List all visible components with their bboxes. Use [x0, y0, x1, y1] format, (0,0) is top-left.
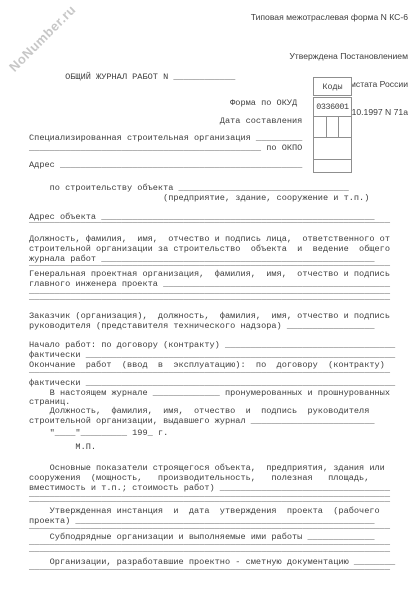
- date-subcell: [314, 117, 327, 137]
- approval-line: Утверждена Постановлением: [289, 52, 408, 61]
- date-blank-line: "____"_________ 199_ г.: [29, 429, 168, 439]
- date-subcell: [339, 117, 351, 137]
- separator-line: ________________________________________…: [29, 216, 390, 226]
- separator-line: ________________________________________…: [29, 522, 390, 532]
- separator-line: ________________________________________…: [29, 495, 390, 505]
- supervisor-line: руководителя (представителя технического…: [29, 322, 375, 332]
- document-page: NoNumber.ru Типовая межотраслевая форма …: [0, 0, 420, 600]
- date-code-cell: [313, 117, 352, 138]
- okpo-code-cell: [313, 138, 352, 160]
- watermark: NoNumber.ru: [6, 2, 79, 75]
- okud-code-cell: 0336001: [313, 97, 352, 117]
- okud-label-line: Форма по ОКУД: [29, 99, 297, 109]
- okpo-label-line: ________________________________________…: [29, 144, 302, 154]
- pages-count-line: В настоящем журнале _____________ пронум…: [29, 389, 390, 399]
- codes-table: Коды 0336001: [313, 77, 352, 173]
- separator-line: ________________________________________…: [29, 293, 390, 303]
- address-code-cell: [313, 160, 352, 173]
- stamp-place-line: М.П.: [29, 443, 96, 453]
- journal-issuer-line: строительной организации, выдавшего журн…: [29, 417, 375, 427]
- object-hint-line: (предприятие, здание, сооружение и т.п.): [29, 194, 369, 204]
- codes-header-cell: Коды: [313, 77, 352, 96]
- date-subcell: [327, 117, 340, 137]
- address-line: Адрес __________________________________…: [29, 161, 302, 171]
- separator-line: ________________________________________…: [29, 545, 390, 555]
- date-label-line: Дата составления: [29, 117, 302, 127]
- document-title-line: ОБЩИЙ ЖУРНАЛ РАБОТ N ____________: [29, 73, 235, 83]
- separator-line: ________________________________________…: [29, 563, 390, 573]
- form-reference: Типовая межотраслевая форма N КС-6: [251, 13, 408, 22]
- separator-line: ________________________________________…: [29, 259, 390, 269]
- separator-line: ________________________________________…: [29, 366, 390, 376]
